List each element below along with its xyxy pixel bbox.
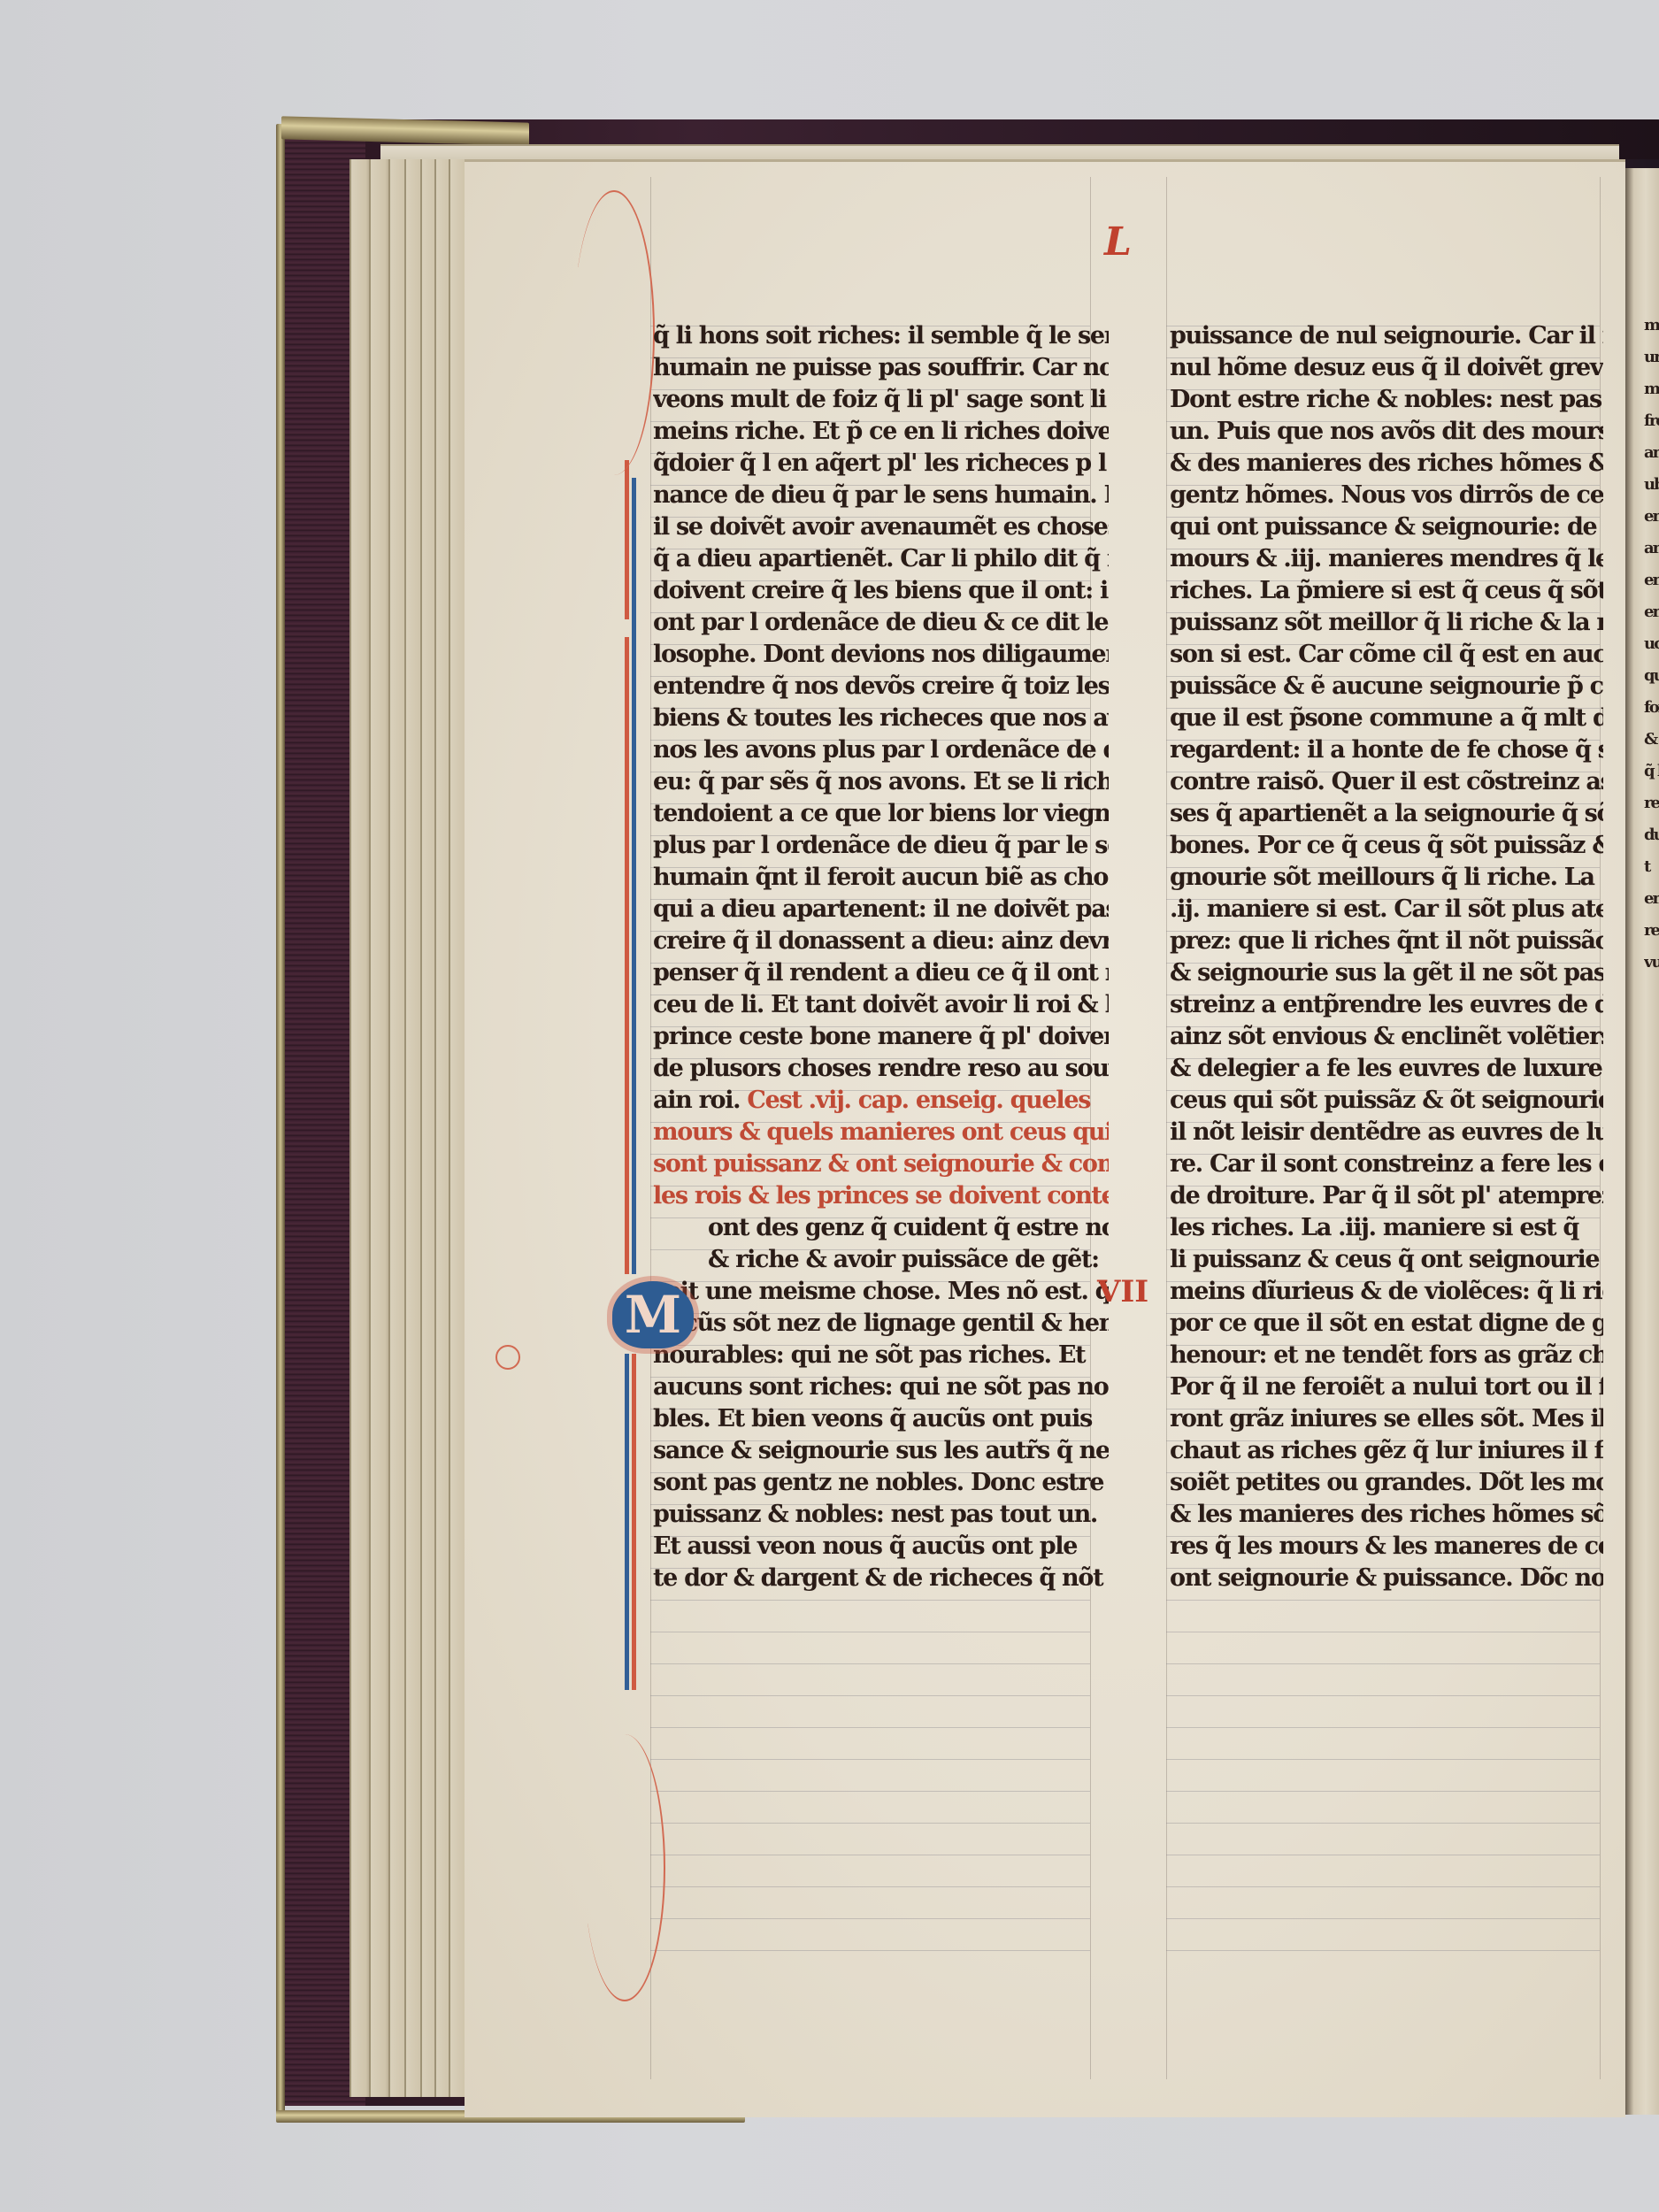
ruling-line [650, 1663, 1090, 1664]
chapter-number: VII [1097, 1274, 1148, 1310]
folio-number: L [1104, 219, 1132, 265]
gutter-text-line: que [1644, 660, 1659, 692]
text-line: li puissanz & ceus q̃ ont seignourie sõt [1170, 1244, 1603, 1276]
text-line: puissãce & ẽ aucune seignourie p̃ ce [1170, 671, 1603, 703]
gutter-text-line: fre [1644, 405, 1659, 437]
text-line: mours & .iij. manieres mendres q̃ les [1170, 543, 1603, 575]
text-line: aucuns sont riches: qui ne sõt pas no [653, 1371, 1109, 1403]
text-line: veons mult de foiz q̃ li pl' sage sont l… [653, 384, 1109, 416]
gutter-text-line: & au [1644, 724, 1659, 756]
text-line: streinz a entp̃rendre les euvres de droi [1170, 989, 1603, 1021]
text-column-left: q̃ li hons soit riches: il semble q̃ le … [653, 320, 1109, 1594]
border-bar-red-1 [625, 460, 629, 619]
penwork-rosette [495, 1345, 520, 1370]
ruling-line [650, 1855, 1090, 1855]
gutter-text-line: q̃ lu [1644, 756, 1659, 787]
text-line: eu: q̃ par sẽs q̃ nos avons. Et se li ri… [653, 766, 1109, 798]
gutter-text-line: uble a [1644, 469, 1659, 501]
ruling-line [650, 1886, 1090, 1887]
gutter-text-line: re [1644, 915, 1659, 947]
ruling-line [1166, 1663, 1600, 1664]
text-line: de droiture. Par q̃ il sõt pl' atemprez … [1170, 1180, 1603, 1212]
ruling-line [1166, 1632, 1600, 1632]
ruling-line [1166, 1918, 1600, 1919]
ruling-right-column-start [1166, 177, 1167, 2079]
ruling-line [1166, 1823, 1600, 1824]
decorated-initial: M [612, 1281, 694, 1348]
text-line: q̃doier q̃ l en aq̃ert pl' les richeces … [653, 448, 1109, 480]
ruling-line [1166, 1950, 1600, 1951]
ruling-line [1166, 1855, 1600, 1855]
text-line: nourables: qui ne sõt pas riches. Et [653, 1340, 1109, 1371]
gutter-text-line: fon [1644, 692, 1659, 724]
rubric-text: Cest .vij. cap. enseig. queles [740, 1087, 1090, 1114]
gutter-text-line: and [1644, 533, 1659, 565]
text-line: puissanz & nobles: nest pas tout un. [653, 1499, 1109, 1531]
gilt-edge-left [276, 124, 285, 2115]
text-line: q̃ li hons soit riches: il semble q̃ le … [653, 320, 1109, 352]
gutter-text-line: ans c [1644, 437, 1659, 469]
text-line: regardent: il a honte de fe chose q̃ soi… [1170, 734, 1603, 766]
text-line: puissance de nul seignourie. Car il nõt [1170, 320, 1603, 352]
text-line: son si est. Car cõme cil q̃ est en aucun… [1170, 639, 1603, 671]
ruling-line [1166, 1886, 1600, 1887]
text-line: ceus qui sõt puissãz & õt seignourie: [1170, 1085, 1603, 1117]
text-line: ceu de li. Et tant doivẽt avoir li roi &… [653, 989, 1109, 1021]
text-line: ses q̃ apartienẽt a la seignourie q̃ sõt [1170, 798, 1603, 830]
text-line: soit une meisme chose. Mes nõ est. q̃r [653, 1276, 1109, 1308]
text-line: de plusors choses rendre reso au souvi [653, 1053, 1109, 1085]
text-line: Por q̃ il ne feroiẽt a nului tort ou il … [1170, 1371, 1603, 1403]
ruling-line [650, 1600, 1090, 1601]
facing-page-text: masuresmesfreans cuble aent laandententu… [1644, 310, 1659, 1460]
text-line: Et aussi veon nous q̃ aucũs ont ple [653, 1531, 1109, 1563]
text-line: mours & quels manieres ont ceus qui [653, 1117, 1109, 1148]
penwork-flourish-top [573, 190, 655, 475]
text-line: sance & seignourie sus les autr̃s q̃ ne [653, 1435, 1109, 1467]
initial-letter: M [625, 1285, 681, 1345]
gutter-text-line: mas [1644, 310, 1659, 342]
ruling-line [1166, 1791, 1600, 1792]
text-line: & les manieres des riches hõmes sõt pi [1170, 1499, 1603, 1531]
border-bar-blue [632, 478, 636, 1274]
ruling-line [650, 1918, 1090, 1919]
text-line: meins riche. Et p̃ ce en li riches doive… [653, 416, 1109, 448]
text-line: chaut as riches gẽz q̃ lur iniures il fa… [1170, 1435, 1603, 1467]
text-line: penser q̃ il rendent a dieu ce q̃ il ont… [653, 957, 1109, 989]
text-line: ont des genz q̃ cuident q̃ estre noble [653, 1212, 1109, 1244]
text-line: sont pas gentz ne nobles. Donc estre [653, 1467, 1109, 1499]
gutter-text-line: en [1644, 883, 1659, 915]
gutter-text-line: t [1644, 851, 1659, 883]
text-line: que il est p̃sone commune a q̃ mlt de gẽ… [1170, 703, 1603, 734]
text-line: il nõt leisir dentẽdre as euvres de luxu [1170, 1117, 1603, 1148]
text-line: il se doivẽt avoir avenaumẽt es choses [653, 511, 1109, 543]
text-line: nul hõme desuz eus q̃ il doivẽt grever. [1170, 352, 1603, 384]
gutter-text-line: ures [1644, 342, 1659, 373]
text-line: soiẽt petites ou grandes. Dõt les mours [1170, 1467, 1603, 1499]
ruling-line [1166, 1759, 1600, 1760]
ruling-line [650, 1950, 1090, 1951]
ruling-line [650, 1791, 1090, 1792]
ruling-line [650, 1759, 1090, 1760]
text-column-right: puissance de nul seignourie. Car il nõtn… [1170, 320, 1603, 1594]
text-line: & seignourie sus la gẽt il ne sõt pas [1170, 957, 1603, 989]
text-line: sont puissanz & ont seignourie & comment [653, 1148, 1109, 1180]
text-line: gentz hõmes. Nous vos dirrõs de ceus [1170, 480, 1603, 511]
text-line: qui ont puissance & seignourie: de .iij. [1170, 511, 1603, 543]
gutter-text-line: ent la [1644, 501, 1659, 533]
text-line: contre raisõ. Quer il est cõstreinz as c… [1170, 766, 1603, 798]
border-bar-red-2 [625, 637, 629, 1274]
penwork-flourish-bottom [584, 1734, 665, 2001]
page-edges-stack [349, 159, 482, 2097]
text-line: losophe. Dont devions nos diligaument [653, 639, 1109, 671]
border-bar-red-lower [632, 1354, 636, 1690]
text-line: bles. Et bien veons q̃ aucũs ont puis [653, 1403, 1109, 1435]
text-line: puissanz sõt meillor q̃ li riche & la ra… [1170, 607, 1603, 639]
text-line: ainz sõt envious & enclinẽt volẽtiers [1170, 1021, 1603, 1053]
gutter-text-line: ret [1644, 787, 1659, 819]
text-line: gnourie sõt meillours q̃ li riche. La [1170, 862, 1603, 894]
text-line: nance de dieu q̃ par le sens humain. Don… [653, 480, 1109, 511]
text-line: ont par l ordenãce de dieu & ce dit le p… [653, 607, 1109, 639]
text-line: .ij. maniere si est. Car il sõt plus ate… [1170, 894, 1603, 926]
text-line: q̃ a dieu apartienẽt. Car li philo dit q… [653, 543, 1109, 575]
ruling-line [650, 1823, 1090, 1824]
gutter-text-line: du [1644, 819, 1659, 851]
ruling-line [1166, 1695, 1600, 1696]
text-line: ront grãz iniures se elles sõt. Mes il n… [1170, 1403, 1603, 1435]
gutter-text-line: ucs [1644, 628, 1659, 660]
text-line: henour: et ne tendẽt fors as grãz choses… [1170, 1340, 1603, 1371]
text-line: biens & toutes les richeces que nos avõs… [653, 703, 1109, 734]
border-bar-blue-lower [625, 1354, 629, 1690]
text-line: prez: que li riches q̃nt il nõt puissãce [1170, 926, 1603, 957]
text-line: doivent creire q̃ les biens que il ont: … [653, 575, 1109, 607]
text-line: ain roi. Cest .vij. cap. enseig. queles [653, 1085, 1109, 1117]
gutter-text-line: ent [1644, 565, 1659, 596]
text-line: por ce que il sõt en estat digne de grãt [1170, 1308, 1603, 1340]
ruling-line [650, 1695, 1090, 1696]
text-line: humain ne puisse pas souffrir. Car nos [653, 352, 1109, 384]
text-line: prince ceste bone manere q̃ pl' doivent [653, 1021, 1109, 1053]
text-line: creire q̃ il donassent a dieu: ainz devr… [653, 926, 1109, 957]
ruling-line [1166, 1727, 1600, 1728]
text-line: nos les avons plus par l ordenãce de di [653, 734, 1109, 766]
ruling-line [1166, 1600, 1600, 1601]
text-line: & delegier a fe les euvres de luxure. Me… [1170, 1053, 1603, 1085]
text-line: les riches. La .iij. maniere si est q̃ [1170, 1212, 1603, 1244]
text-line: & des manieres des riches hõmes & des [1170, 448, 1603, 480]
text-line: riches. La p̃miere si est q̃ ceus q̃ sõt [1170, 575, 1603, 607]
text-line: re. Car il sont constreinz a fere les eu… [1170, 1148, 1603, 1180]
text-line: entendre q̃ nos devõs creire q̃ toiz les [653, 671, 1109, 703]
text-line: les rois & les princes se doivent conten… [653, 1180, 1109, 1212]
text-line: ont seignourie & puissance. Dõc nos [1170, 1563, 1603, 1594]
text-line: meins dĩurieus & de violẽces: q̃ li rich… [1170, 1276, 1603, 1308]
gutter-text-line: ent [1644, 596, 1659, 628]
text-line: plus par l ordenãce de dieu q̃ par le se… [653, 830, 1109, 862]
text-line: un. Puis que nos avõs dit des mours [1170, 416, 1603, 448]
text-line: bones. Por ce q̃ ceus q̃ sõt puissãz & õ… [1170, 830, 1603, 862]
text-line: res q̃ les mours & les maneres de ceus q… [1170, 1531, 1603, 1563]
text-line: aucũs sõt nez de lignage gentil & hen- [653, 1308, 1109, 1340]
gutter-text-line: vu [1644, 947, 1659, 979]
ruling-line [650, 1727, 1090, 1728]
text-line: & riche & avoir puissãce de gẽt: [653, 1244, 1109, 1276]
text-line: tendoient a ce que lor biens lor viegnẽt [653, 798, 1109, 830]
text-line: qui a dieu apartenent: il ne doivẽt pas [653, 894, 1109, 926]
text-line: humain q̃nt il feroit aucun biẽ as chose… [653, 862, 1109, 894]
text-line: te dor & dargent & de richeces q̃ nõt pa… [653, 1563, 1109, 1594]
ruling-line [650, 1632, 1090, 1632]
text-line: Dont estre riche & nobles: nest pas tout [1170, 384, 1603, 416]
gutter-text-line: mes [1644, 373, 1659, 405]
